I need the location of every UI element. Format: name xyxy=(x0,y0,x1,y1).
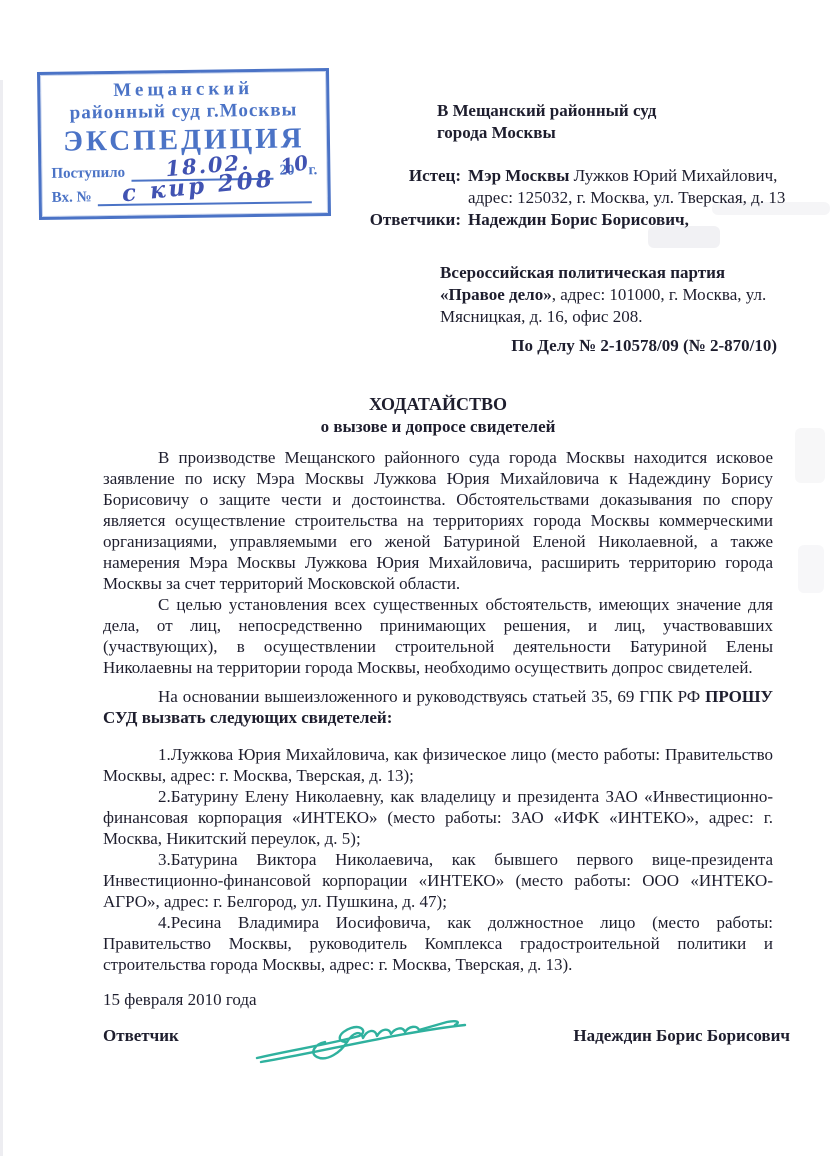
handwritten-signature xyxy=(251,998,471,1073)
witness-item-1: 1.Лужкова Юрия Михайловича, как физическ… xyxy=(103,744,773,786)
stamp-court-name-line2: районный суд г.Москвы xyxy=(40,99,326,125)
court-name-line2: города Москвы xyxy=(437,122,656,144)
stamp-received-label: Поступило xyxy=(51,165,125,183)
defendants-label: Ответчики: xyxy=(300,210,461,230)
plaintiff-title-bold: Мэр Москвы xyxy=(468,166,569,185)
scan-smudge xyxy=(798,545,824,593)
plaintiff-value: Мэр Москвы Лужков Юрий Михайлович, xyxy=(468,166,777,186)
stamp-incoming-row: Вх. № с кир 208 xyxy=(42,183,328,207)
paragraph-2: С целью установления всех существенных о… xyxy=(103,594,773,678)
scan-smudge xyxy=(795,428,825,483)
stamp-incoming-label: Вх. № xyxy=(52,189,92,207)
stamp-year: 2010 xyxy=(279,162,294,179)
plaintiff-address: адрес: 125032, г. Москва, ул. Тверская, … xyxy=(468,188,785,208)
paragraph-1: В производстве Мещанского районного суда… xyxy=(103,447,773,594)
witness-item-2: 2.Батурину Елену Николаевну, как владели… xyxy=(103,786,773,849)
defendant2-block: Всероссийская политическая партия «Право… xyxy=(440,262,792,328)
document-title-line1: ХОДАТАЙСТВО xyxy=(103,393,773,416)
court-name-line1: В Мещанский районный суд xyxy=(437,100,656,122)
stamp-incoming-underline: с кир 208 xyxy=(97,183,311,206)
witness-item-4: 4.Ресина Владимира Иосифовича, как должн… xyxy=(103,912,773,975)
witness-list: 1.Лужкова Юрия Михайловича, как физическ… xyxy=(103,744,773,975)
document-title-line2: о вызове и допросе свидетелей xyxy=(103,416,773,438)
document-title: ХОДАТАЙСТВО о вызове и допросе свидетеле… xyxy=(103,393,773,438)
scan-edge-artifact xyxy=(0,80,3,1156)
paragraph-request: На основании вышеизложенного и руководст… xyxy=(103,686,773,728)
signer-name: Надеждин Борис Борисович xyxy=(573,1026,790,1046)
scanned-court-document: Мещанский районный суд г.Москвы ЭКСПЕДИЦ… xyxy=(0,0,832,1156)
document-body: В производстве Мещанского районного суда… xyxy=(103,447,773,1010)
witness-item-3: 3.Батурина Виктора Николаевича, как бывш… xyxy=(103,849,773,912)
addressee-court-block: В Мещанский районный суд города Москвы xyxy=(437,100,656,144)
signer-role: Ответчик xyxy=(103,1026,179,1045)
court-registration-stamp: Мещанский районный суд г.Москвы ЭКСПЕДИЦ… xyxy=(37,68,331,220)
case-number: По Делу № 2-10578/09 (№ 2-870/10) xyxy=(511,336,777,356)
plaintiff-name: Лужков Юрий Михайлович, xyxy=(569,166,777,185)
request-regular: На основании вышеизложенного и руководст… xyxy=(158,687,705,706)
signature-row: Ответчик Надеждин Борис Борисович xyxy=(103,1026,790,1046)
request-tail: : xyxy=(387,708,393,727)
defendant1-name: Надеждин Борис Борисович, xyxy=(468,210,689,230)
plaintiff-label: Истец: xyxy=(300,166,461,186)
